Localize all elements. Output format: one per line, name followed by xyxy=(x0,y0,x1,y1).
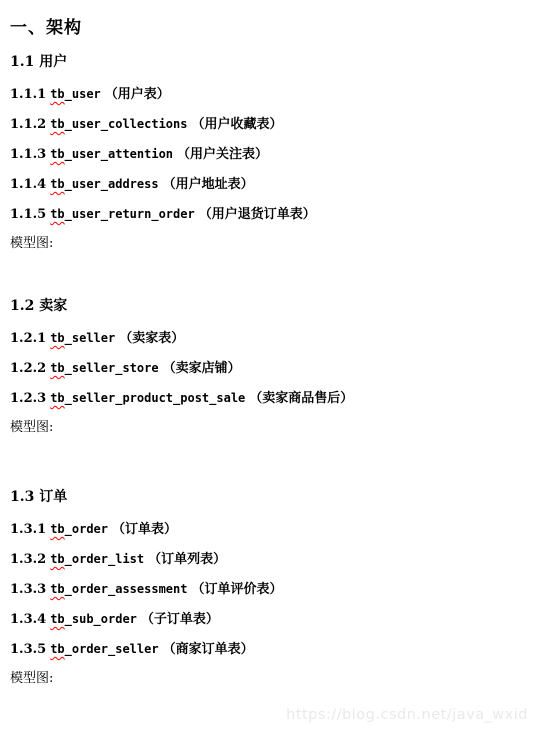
spellcheck-underlined-text: tb xyxy=(50,87,64,101)
item-description: （用户表） xyxy=(105,87,170,102)
table-name-rest: _user_attention xyxy=(65,147,173,161)
spellcheck-underlined-text: tb xyxy=(50,147,64,161)
table-item: 1.3.2tb_order_list（订单列表） xyxy=(10,552,537,567)
table-item: 1.3.4tb_sub_order（子订单表） xyxy=(10,612,537,627)
item-number: 1.3.3 xyxy=(10,582,46,597)
model-diagram-label: 模型图: xyxy=(10,236,537,251)
item-number: 1.1.1 xyxy=(10,87,46,102)
spellcheck-underlined-text: tb xyxy=(50,177,64,191)
table-name-rest: _order_assessment xyxy=(65,582,188,596)
item-number: 1.1.5 xyxy=(10,207,46,222)
table-name-rest: _user xyxy=(65,87,101,101)
item-number: 1.2.3 xyxy=(10,391,46,406)
table-item: 1.1.4tb_user_address（用户地址表） xyxy=(10,177,537,192)
spellcheck-underlined-text: tb xyxy=(50,522,64,536)
spellcheck-underlined-text: tb xyxy=(50,612,64,626)
model-diagram-label: 模型图: xyxy=(10,420,537,435)
spellcheck-underlined-text: tb xyxy=(50,117,64,131)
table-item: 1.2.1tb_seller（卖家表） xyxy=(10,331,537,346)
table-name-code: tb_seller xyxy=(50,331,115,345)
section-heading-users: 1.1 用户 xyxy=(10,54,537,70)
spellcheck-underlined-text: tb xyxy=(50,207,64,221)
item-number: 1.3.4 xyxy=(10,612,46,627)
table-name-code: tb_order_seller xyxy=(50,642,158,656)
table-item: 1.3.1tb_order（订单表） xyxy=(10,522,537,537)
item-description: （用户地址表） xyxy=(163,177,254,192)
item-number: 1.1.3 xyxy=(10,147,46,162)
item-number: 1.1.2 xyxy=(10,117,46,132)
table-name-rest: _user_collections xyxy=(65,117,188,131)
spellcheck-underlined-text: tb xyxy=(50,582,64,596)
table-name-code: tb_order xyxy=(50,522,108,536)
table-name-rest: _seller xyxy=(65,331,116,345)
table-name-code: tb_user xyxy=(50,87,101,101)
table-item: 1.3.5tb_order_seller（商家订单表） xyxy=(10,642,537,657)
item-description: （商家订单表） xyxy=(163,642,254,657)
table-name-rest: _order xyxy=(65,522,108,536)
item-description: （订单列表） xyxy=(148,552,226,567)
section-sellers: 1.2 卖家 1.2.1tb_seller（卖家表） 1.2.2tb_selle… xyxy=(10,298,537,435)
table-name-code: tb_user_collections xyxy=(50,117,187,131)
table-name-rest: _order_list xyxy=(65,552,144,566)
spellcheck-underlined-text: tb xyxy=(50,331,64,345)
item-description: （订单评价表） xyxy=(191,582,282,597)
section-heading-orders: 1.3 订单 xyxy=(10,489,537,505)
model-diagram-label: 模型图: xyxy=(10,671,537,686)
table-item: 1.1.2tb_user_collections（用户收藏表） xyxy=(10,117,537,132)
item-number: 1.3.1 xyxy=(10,522,46,537)
table-name-code: tb_seller_store xyxy=(50,361,158,375)
table-name-rest: _order_seller xyxy=(65,642,159,656)
table-name-code: tb_sub_order xyxy=(50,612,137,626)
table-name-code: tb_user_attention xyxy=(50,147,173,161)
table-name-code: tb_order_list xyxy=(50,552,144,566)
item-number: 1.3.5 xyxy=(10,642,46,657)
item-description: （用户关注表） xyxy=(177,147,268,162)
table-name-code: tb_user_address xyxy=(50,177,158,191)
spellcheck-underlined-text: tb xyxy=(50,642,64,656)
item-description: （子订单表） xyxy=(141,612,219,627)
item-number: 1.2.1 xyxy=(10,331,46,346)
csdn-watermark: https://blog.csdn.net/java_wxid xyxy=(286,707,528,723)
item-number: 1.3.2 xyxy=(10,552,46,567)
section-users: 1.1 用户 1.1.1tb_user（用户表） 1.1.2tb_user_co… xyxy=(10,54,537,251)
table-item: 1.2.3tb_seller_product_post_sale（卖家商品售后） xyxy=(10,391,537,406)
spellcheck-underlined-text: tb xyxy=(50,361,64,375)
item-number: 1.1.4 xyxy=(10,177,46,192)
table-item: 1.2.2tb_seller_store（卖家店铺） xyxy=(10,361,537,376)
item-description: （订单表） xyxy=(112,522,177,537)
item-description: （用户收藏表） xyxy=(191,117,282,132)
item-description: （用户退货订单表） xyxy=(199,207,316,222)
table-name-rest: _sub_order xyxy=(65,612,137,626)
table-name-rest: _user_return_order xyxy=(65,207,195,221)
item-description: （卖家店铺） xyxy=(163,361,241,376)
table-item: 1.3.3tb_order_assessment（订单评价表） xyxy=(10,582,537,597)
table-name-rest: _seller_product_post_sale xyxy=(65,391,246,405)
item-description: （卖家商品售后） xyxy=(249,391,353,406)
table-name-rest: _seller_store xyxy=(65,361,159,375)
spellcheck-underlined-text: tb xyxy=(50,552,64,566)
table-name-code: tb_order_assessment xyxy=(50,582,187,596)
section-orders: 1.3 订单 1.3.1tb_order（订单表） 1.3.2tb_order_… xyxy=(10,489,537,686)
table-item: 1.1.5tb_user_return_order（用户退货订单表） xyxy=(10,207,537,222)
table-item: 1.1.1tb_user（用户表） xyxy=(10,87,537,102)
table-item: 1.1.3tb_user_attention（用户关注表） xyxy=(10,147,537,162)
document-page: 一、架构 1.1 用户 1.1.1tb_user（用户表） 1.1.2tb_us… xyxy=(0,0,537,735)
table-name-code: tb_seller_product_post_sale xyxy=(50,391,245,405)
section-heading-sellers: 1.2 卖家 xyxy=(10,298,537,314)
table-name-rest: _user_address xyxy=(65,177,159,191)
doc-title: 一、架构 xyxy=(10,18,537,38)
spellcheck-underlined-text: tb xyxy=(50,391,64,405)
table-name-code: tb_user_return_order xyxy=(50,207,195,221)
item-description: （卖家表） xyxy=(119,331,184,346)
item-number: 1.2.2 xyxy=(10,361,46,376)
